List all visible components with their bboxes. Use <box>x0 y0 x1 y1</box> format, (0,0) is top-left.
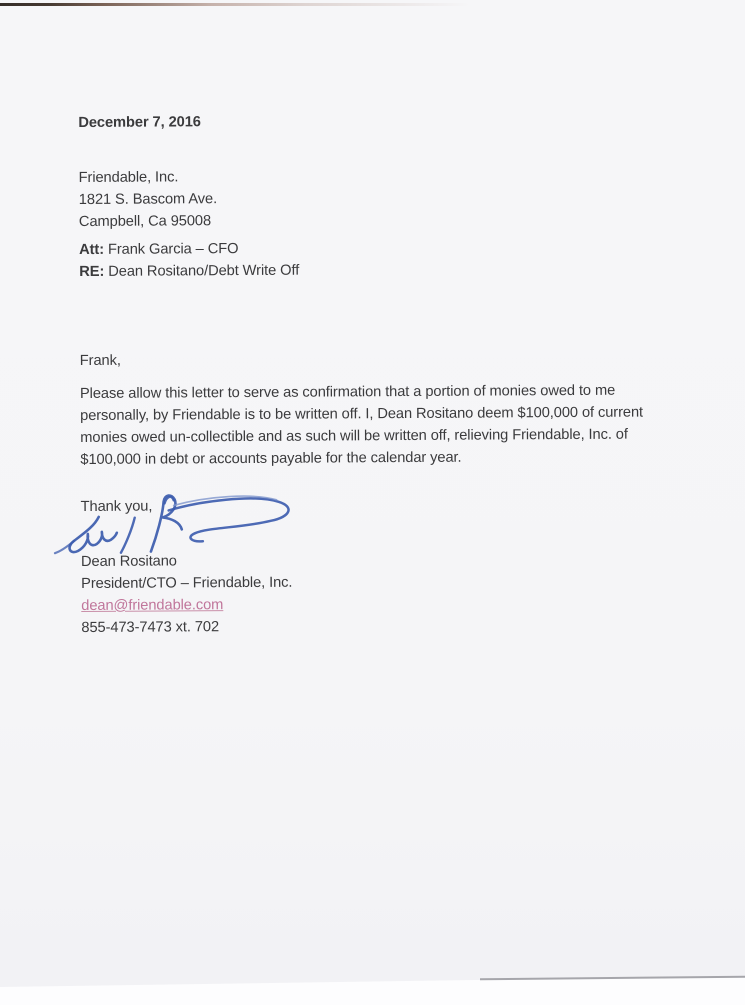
body-line: $100,000 in debt or accounts payable for… <box>80 446 643 471</box>
subject-label: RE: <box>79 264 104 280</box>
letter-date: December 7, 2016 <box>78 111 201 134</box>
attention-value: Frank Garcia – CFO <box>108 241 239 258</box>
salutation: Frank, <box>80 350 121 372</box>
sender-block: Dean Rositano President/CTO – Friendable… <box>81 550 293 639</box>
sender-phone: 855-473-7473 xt. 702 <box>81 616 292 639</box>
sender-name: Dean Rositano <box>81 550 292 573</box>
letter-body: Please allow this letter to serve as con… <box>80 380 643 471</box>
subject-line: RE:Dean Rositano/Debt Write Off <box>79 260 299 283</box>
body-line: monies owed un-collectible and as such w… <box>80 424 643 449</box>
scanned-letter-image: December 7, 2016 Friendable, Inc. 1821 S… <box>0 0 745 1005</box>
attention-line: Att:Frank Garcia – CFO <box>79 238 299 261</box>
sender-title: President/CTO – Friendable, Inc. <box>81 572 292 595</box>
attention-label: Att: <box>79 242 104 258</box>
recipient-street: 1821 S. Bascom Ave. <box>79 188 217 211</box>
reference-block: Att:Frank Garcia – CFO RE:Dean Rositano/… <box>79 238 299 283</box>
recipient-address-block: Friendable, Inc. 1821 S. Bascom Ave. Cam… <box>79 166 218 233</box>
letter-content: December 7, 2016 Friendable, Inc. 1821 S… <box>0 0 745 1005</box>
recipient-city: Campbell, Ca 95008 <box>79 210 217 233</box>
subject-value: Dean Rositano/Debt Write Off <box>108 263 299 280</box>
sender-email-link: dean@friendable.com <box>81 597 223 614</box>
recipient-company: Friendable, Inc. <box>79 166 217 189</box>
